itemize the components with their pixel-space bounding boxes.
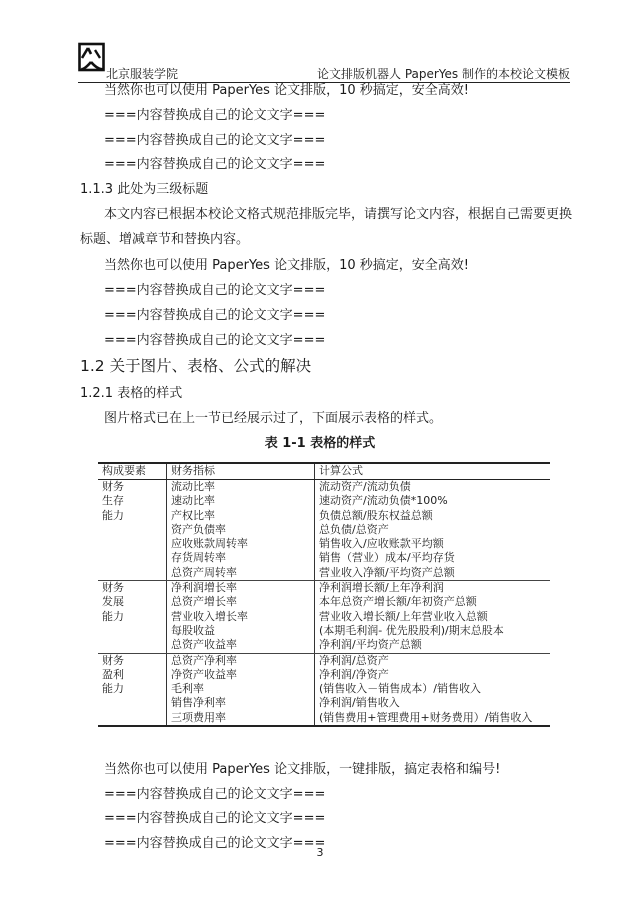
financial-indicators-table: 构成要素 财务指标 计算公式 财务 生存 能力 流动比率 速动比率 产权比率 资… <box>98 462 550 727</box>
placeholder-line: ===内容替换成自己的论文文字=== <box>104 133 325 149</box>
element-cell: 财务 生存 能力 <box>98 480 166 580</box>
table-header-row: 构成要素 财务指标 计算公式 <box>98 462 550 480</box>
school-logo-icon <box>78 40 108 74</box>
placeholder-line: ===内容替换成自己的论文文字=== <box>104 108 325 124</box>
table-row-group-development: 财务 发展 能力 净利润增长率 总资产增长率 营业收入增长率 每股收益 总资产收… <box>98 581 550 653</box>
paragraph: 当然你也可以使用 PaperYes 论文排版，10 秒搞定，安全高效! <box>104 258 469 274</box>
indicator-cell: 流动比率 速动比率 产权比率 资产负债率 应收账款周转率 存货周转率 总资产周转… <box>166 480 314 580</box>
placeholder-line: ===内容替换成自己的论文文字=== <box>104 811 325 827</box>
section-heading-1-2: 1.2 关于图片、表格、公式的解决 <box>80 357 311 375</box>
placeholder-line: ===内容替换成自己的论文文字=== <box>104 157 325 173</box>
header-title: 论文排版机器人 PaperYes 制作的本校论文模板 <box>317 67 570 81</box>
column-header: 计算公式 <box>314 464 550 479</box>
section-heading-1-2-1: 1.2.1 表格的样式 <box>80 386 182 402</box>
placeholder-line: ===内容替换成自己的论文文字=== <box>104 787 325 803</box>
paragraph: 当然你也可以使用 PaperYes 论文排版，10 秒搞定，安全高效! <box>104 83 469 99</box>
placeholder-line: ===内容替换成自己的论文文字=== <box>104 283 325 299</box>
table-caption: 表 1-1 表格的样式 <box>0 436 640 452</box>
indicator-cell: 总资产净利率 净资产收益率 毛利率 销售净利率 三项费用率 <box>166 654 314 725</box>
column-header: 构成要素 <box>98 464 166 479</box>
section-heading-1-1-3: 1.1.3 此处为三级标题 <box>80 182 208 198</box>
column-header: 财务指标 <box>166 464 314 479</box>
placeholder-line: ===内容替换成自己的论文文字=== <box>104 333 325 349</box>
paragraph: 图片格式已在上一节已经展示过了，下面展示表格的样式。 <box>104 411 442 427</box>
placeholder-line: ===内容替换成自己的论文文字=== <box>104 308 325 324</box>
formula-cell: 净利润增长额/上年净利润 本年总资产增长额/年初资产总额 营业收入增长额/上年营… <box>314 581 550 652</box>
indicator-cell: 净利润增长率 总资产增长率 营业收入增长率 每股收益 总资产收益率 <box>166 581 314 652</box>
table-row-group-survival: 财务 生存 能力 流动比率 速动比率 产权比率 资产负债率 应收账款周转率 存货… <box>98 480 550 581</box>
paragraph: 本文内容已根据本校论文格式规范排版完毕，请撰写论文内容，根据自己需要更换 <box>104 207 572 223</box>
page-header: 北京服装学院 论文排版机器人 PaperYes 制作的本校论文模板 <box>78 40 570 83</box>
paragraph-continued: 标题、增减章节和替换内容。 <box>80 232 249 248</box>
element-cell: 财务 盈利 能力 <box>98 654 166 725</box>
table-row-group-profitability: 财务 盈利 能力 总资产净利率 净资产收益率 毛利率 销售净利率 三项费用率 净… <box>98 654 550 727</box>
paragraph: 当然你也可以使用 PaperYes 论文排版，一键排版，搞定表格和编号! <box>104 762 500 778</box>
element-cell: 财务 发展 能力 <box>98 581 166 652</box>
formula-cell: 净利润/总资产 净利润/净资产 (销售收入－销售成本）/销售收入 净利润/销售收… <box>314 654 550 725</box>
school-name: 北京服装学院 <box>106 67 178 81</box>
formula-cell: 流动资产/流动负债 速动资产/流动负债*100% 负债总额/股东权益总额 总负债… <box>314 480 550 580</box>
page-number: 3 <box>0 846 640 859</box>
document-page: 北京服装学院 论文排版机器人 PaperYes 制作的本校论文模板 当然你也可以… <box>0 0 640 906</box>
